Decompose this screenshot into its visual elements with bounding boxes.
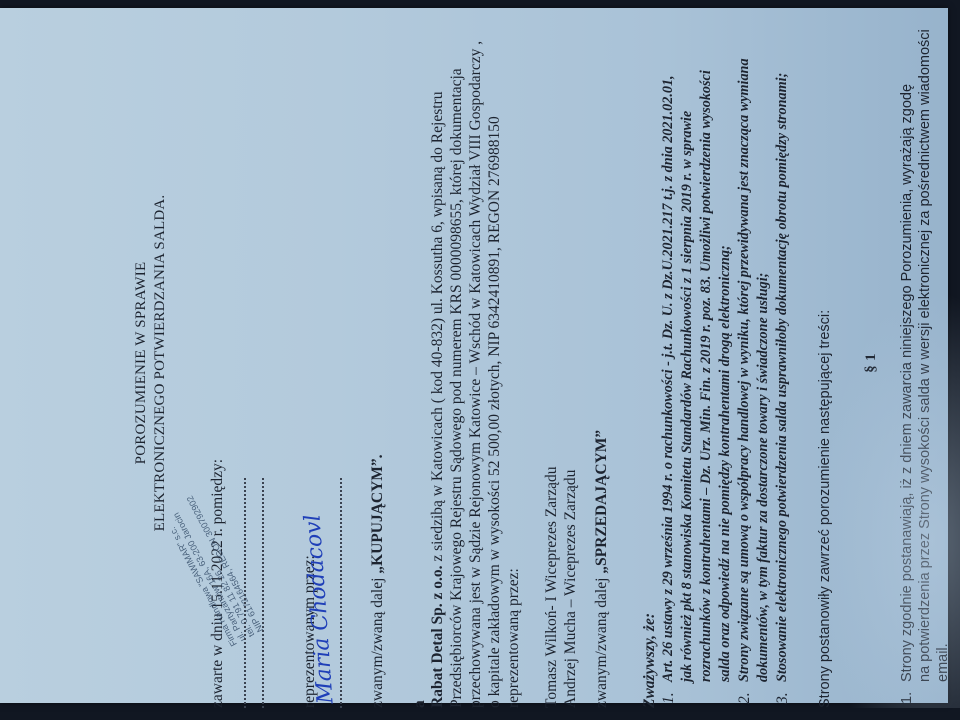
seller-line-1: Rabat Detal Sp. z o.o. z siedzibą w Kato… [428, 92, 447, 708]
representative-2: Andrzej Mucha – Wiceprezes Zarządu [561, 470, 580, 708]
buyer-signature-field: Maria Chodacovl [318, 468, 348, 708]
seller-name: Rabat Detal Sp. z o.o. [429, 565, 446, 708]
seller-line-5: reprezentowaną przez: [504, 568, 523, 708]
section-item-1-line-3: email. [934, 643, 953, 682]
buyer-dotted-line-2 [262, 478, 264, 708]
signature-dotted-line [340, 478, 342, 708]
representative-1: Tomasz Wilkoń- I Wiceprezes Zarządu [542, 466, 561, 708]
whereas-item-2-line-2: dokumentów, w tym faktur za dostarczone … [754, 273, 773, 682]
whereas-item-1-line-3: rozrachunków z kontrahentami – Dz. Urz. … [697, 70, 716, 682]
buyer-called-line: zwanym/zwaną dalej „KUPUJĄCYM”. [368, 454, 387, 708]
seller-called-line: zwanym/zwaną dalej „SPRZEDAJĄCYM” [592, 430, 611, 708]
document-title-line2: ELEKTRONICZNEGO POTWIERDZANIA SALDA. [151, 18, 170, 708]
seller-line-4: o kapitale zakładowym w wysokości 52 500… [485, 116, 504, 708]
seller-role: „SPRZEDAJĄCYM” [593, 430, 610, 574]
whereas-label: Zważywszy, że: [640, 613, 659, 708]
whereas-item-1-line-1: Art. 26 ustawy z 29 września 1994 r. o r… [659, 75, 678, 682]
seller-line1-rest: z siedzibą w Katowicach ( kod 40-832) ul… [429, 92, 446, 566]
seller-line-2: Przedsiębiorców Krajowego Rejestru Sądow… [447, 68, 466, 708]
whereas-item-3-num: 3. [773, 684, 792, 704]
seller-line-3: przechowywana jest w Sądzie Rejonowym Ka… [466, 41, 485, 708]
section-item-1-line-2: na potwierdzenia przez Strony wysokości … [916, 29, 935, 682]
document-title-line1: POROZUMIENIE W SPRAWIE [132, 18, 151, 708]
section-heading: § 1 [862, 18, 881, 708]
whereas-item-2-num: 2. [735, 684, 754, 704]
document-page: POROZUMIENIE W SPRAWIE ELEKTRONICZNEGO P… [72, 18, 952, 708]
buyer-stamp-area: Firma Handlowa "SAWIMAR" s.c. ul. Partyz… [182, 448, 272, 708]
company-stamp: Firma Handlowa "SAWIMAR" s.c. ul. Partyz… [158, 494, 265, 648]
section-item-1-num: 1. [898, 684, 917, 704]
whereas-item-1-line-4: salda oraz odpowiedź na nie pomiędzy kon… [716, 245, 735, 682]
whereas-item-1-line-2: jak również pkt 8 stanowiska Komitetu St… [678, 111, 697, 682]
buyer-called-text: zwanym/zwaną dalej [369, 574, 386, 708]
section-item-1-line-1: Strony zgodnie postanawiają, iż z dniem … [898, 84, 917, 682]
buyer-role: „KUPUJĄCYM”. [369, 454, 386, 573]
seller-called-text: zwanym/zwaną dalej [593, 574, 610, 708]
whereas-item-2-line-1: Strony związane są umową o współpracy ha… [735, 58, 754, 682]
whereas-item-3-line-1: Stosowanie elektronicznego potwierdzenia… [773, 73, 792, 682]
photo-scene: POROZUMIENIE W SPRAWIE ELEKTRONICZNEGO P… [0, 0, 960, 720]
and-label: a [410, 700, 429, 708]
buyer-dotted-line-1 [244, 478, 246, 708]
paper-sheet: POROZUMIENIE W SPRAWIE ELEKTRONICZNEGO P… [0, 8, 948, 703]
agreement-intro: Strony postanowiły zawrzeć porozumienie … [816, 310, 835, 708]
whereas-item-1-num: 1. [659, 684, 678, 704]
